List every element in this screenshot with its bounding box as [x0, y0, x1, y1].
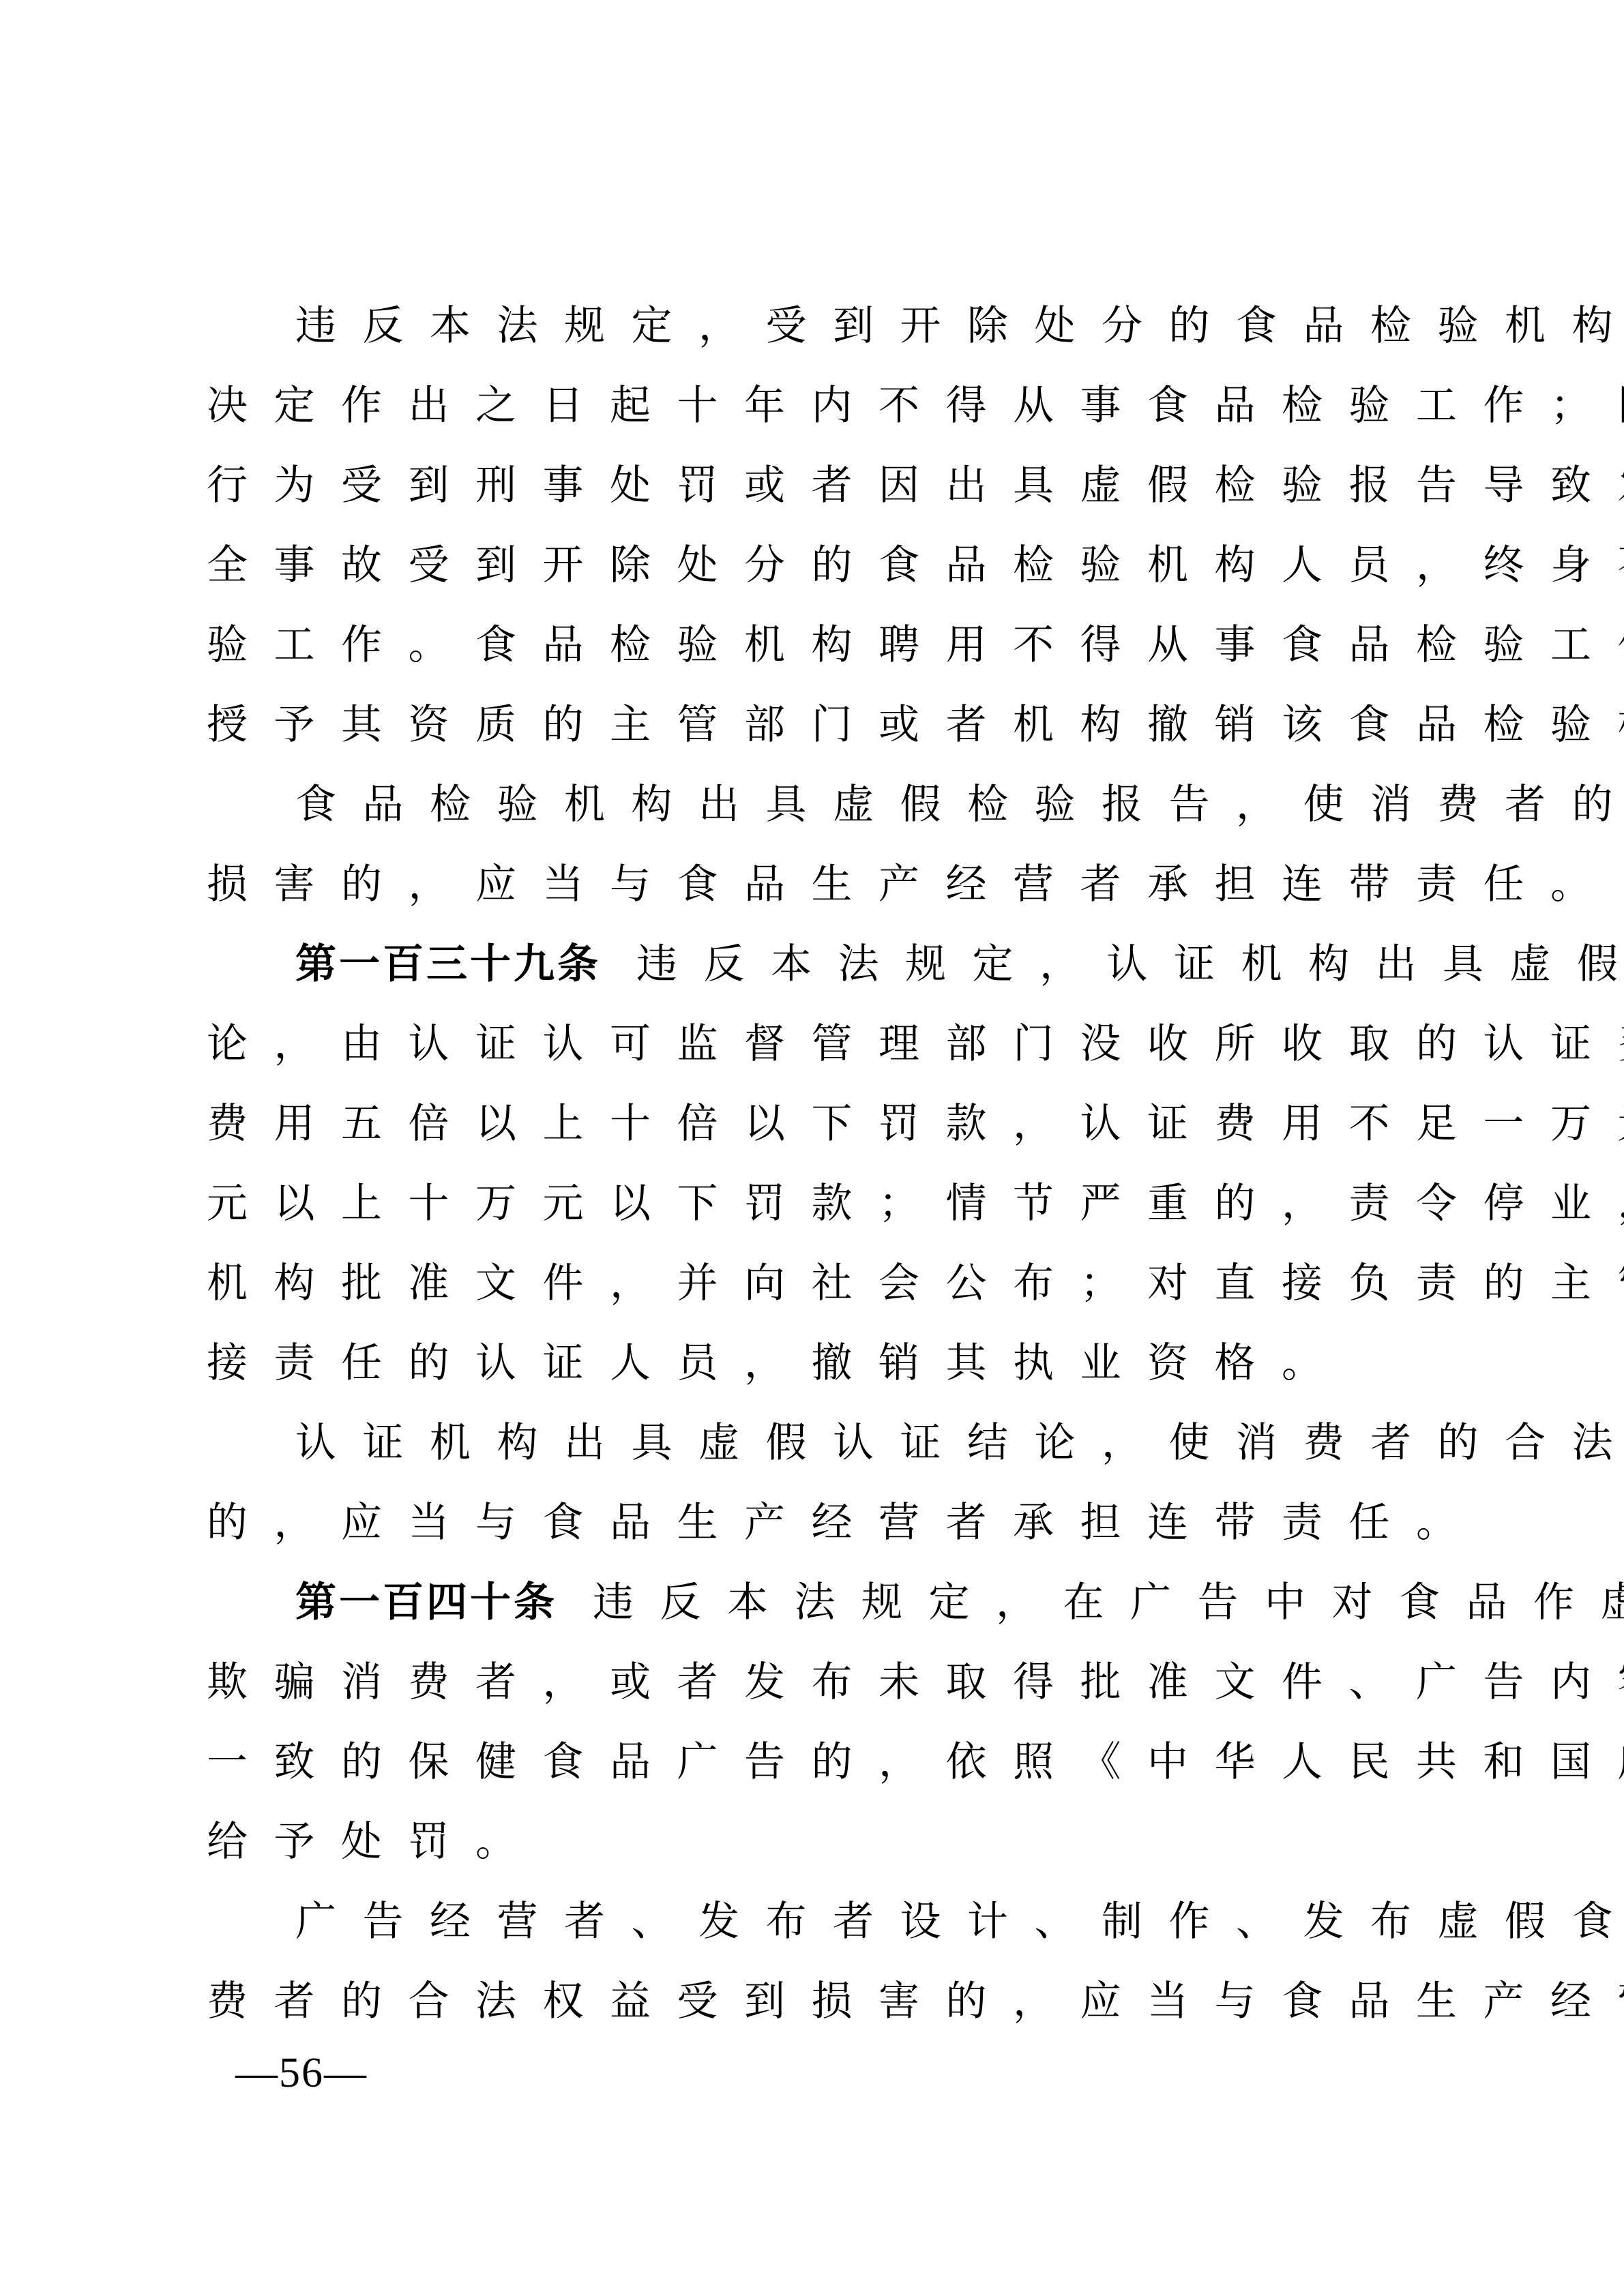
text-line: 的，应当与食品生产经营者承担连带责任。 [207, 1483, 1434, 1563]
line-text: 行为受到刑事处罚或者因出具虚假检验报告导致发生重大食品安 [207, 462, 1624, 509]
line-text: 违反本法规定，认证机构出具虚假认证结 [636, 940, 1624, 988]
line-text: 接责任的认证人员，撤销其执业资格。 [207, 1339, 1349, 1387]
article-heading: 第一百四十条 [295, 1579, 557, 1626]
line-text: 损害的，应当与食品生产经营者承担连带责任。 [207, 861, 1618, 908]
text-line: 接责任的认证人员，撤销其执业资格。 [207, 1324, 1434, 1403]
line-text: 验工作。食品检验机构聘用不得从事食品检验工作的人员的，由 [207, 621, 1624, 669]
line-text: 欺骗消费者，或者发布未取得批准文件、广告内容与批准文件不 [207, 1658, 1624, 1706]
line-text: 给予处罚。 [207, 1818, 543, 1866]
text-line: 食品检验机构出具虚假检验报告，使消费者的合法权益受到 [207, 765, 1434, 845]
document-page: 违反本法规定，受到开除处分的食品检验机构人员，自处分 决定作出之日起十年内不得从… [0, 0, 1624, 2296]
text-line: 验工作。食品检验机构聘用不得从事食品检验工作的人员的，由 [207, 606, 1434, 685]
line-text: 认证机构出具虚假认证结论，使消费者的合法权益受到损害 [295, 1419, 1624, 1467]
line-text: 费用五倍以上十倍以下罚款，认证费用不足一万元的，并处五万 [207, 1100, 1624, 1148]
line-text: 广告经营者、发布者设计、制作、发布虚假食品广告，使消 [295, 1898, 1624, 1945]
text-line: 一致的保健食品广告的，依照《中华人民共和国广告法》的规定 [207, 1723, 1434, 1802]
text-line: 行为受到刑事处罚或者因出具虚假检验报告导致发生重大食品安 [207, 446, 1434, 526]
text-line: 决定作出之日起十年内不得从事食品检验工作；因食品安全违法 [207, 366, 1434, 446]
text-line: 费者的合法权益受到损害的，应当与食品生产经营者承担连带责 [207, 1962, 1434, 2042]
text-line: 机构批准文件，并向社会公布；对直接负责的主管人员和负有直 [207, 1244, 1434, 1324]
text-line: 授予其资质的主管部门或者机构撤销该食品检验机构的检验资质。 [207, 685, 1434, 765]
line-text: 食品检验机构出具虚假检验报告，使消费者的合法权益受到 [295, 781, 1624, 829]
line-text: 决定作出之日起十年内不得从事食品检验工作；因食品安全违法 [207, 382, 1624, 430]
line-text: 论，由认证认可监督管理部门没收所收取的认证费用，并处认证 [207, 1020, 1624, 1068]
text-line: 损害的，应当与食品生产经营者承担连带责任。 [207, 845, 1434, 925]
body-text: 违反本法规定，受到开除处分的食品检验机构人员，自处分 决定作出之日起十年内不得从… [207, 286, 1434, 2042]
text-line: 元以上十万元以下罚款；情节严重的，责令停业，直至撤销认证 [207, 1164, 1434, 1244]
text-line: 认证机构出具虚假认证结论，使消费者的合法权益受到损害 [207, 1403, 1434, 1483]
page-number: —56— [235, 2049, 368, 2098]
text-line: 违反本法规定，受到开除处分的食品检验机构人员，自处分 [207, 286, 1434, 366]
text-line: 第一百四十条违反本法规定，在广告中对食品作虚假宣传， [207, 1563, 1434, 1643]
text-line: 给予处罚。 [207, 1802, 1434, 1882]
line-text: 元以上十万元以下罚款；情节严重的，责令停业，直至撤销认证 [207, 1180, 1624, 1227]
text-line: 费用五倍以上十倍以下罚款，认证费用不足一万元的，并处五万 [207, 1084, 1434, 1164]
text-line: 第一百三十九条违反本法规定，认证机构出具虚假认证结 [207, 925, 1434, 1004]
text-line: 全事故受到开除处分的食品检验机构人员，终身不得从事食品检 [207, 526, 1434, 606]
line-text: 机构批准文件，并向社会公布；对直接负责的主管人员和负有直 [207, 1259, 1624, 1307]
line-text: 费者的合法权益受到损害的，应当与食品生产经营者承担连带责 [207, 1978, 1624, 2025]
text-line: 广告经营者、发布者设计、制作、发布虚假食品广告，使消 [207, 1882, 1434, 1962]
text-line: 论，由认证认可监督管理部门没收所收取的认证费用，并处认证 [207, 1004, 1434, 1084]
line-text: 违反本法规定，在广告中对食品作虚假宣传， [593, 1579, 1624, 1626]
text-line: 欺骗消费者，或者发布未取得批准文件、广告内容与批准文件不 [207, 1643, 1434, 1723]
line-text: 违反本法规定，受到开除处分的食品检验机构人员，自处分 [295, 302, 1624, 350]
line-text: 全事故受到开除处分的食品检验机构人员，终身不得从事食品检 [207, 541, 1624, 589]
line-text: 一致的保健食品广告的，依照《中华人民共和国广告法》的规定 [207, 1738, 1624, 1786]
line-text: 授予其资质的主管部门或者机构撤销该食品检验机构的检验资质。 [207, 701, 1624, 749]
line-text: 的，应当与食品生产经营者承担连带责任。 [207, 1499, 1483, 1547]
article-heading: 第一百三十九条 [295, 940, 601, 988]
